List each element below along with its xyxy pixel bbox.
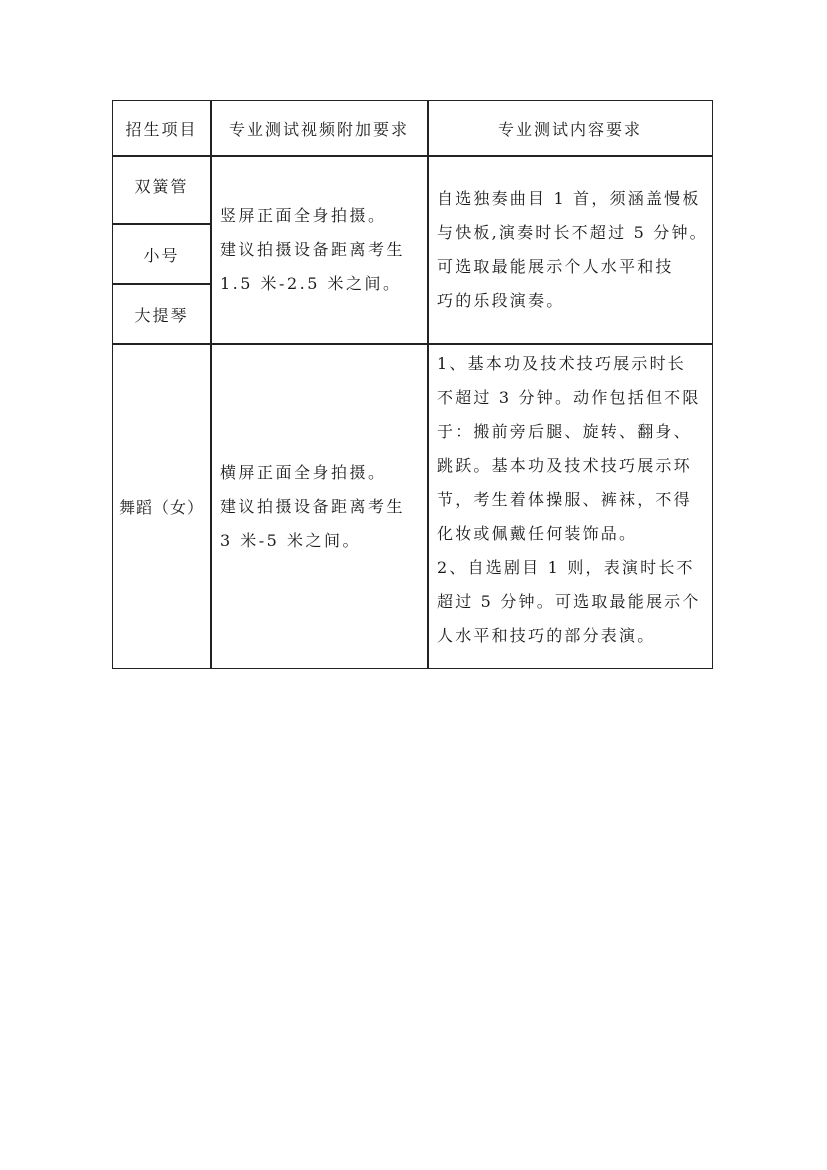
program-oboe: 双簧管: [113, 156, 210, 214]
text-line: 2、自选剧目 1 则，表演时长不: [437, 551, 701, 585]
program-cello: 大提琴: [113, 285, 210, 343]
header-content-requirements: 专业测试内容要求: [428, 101, 712, 155]
header-program: 招生项目: [113, 101, 210, 155]
program-oboe-label: 双簧管: [134, 174, 188, 197]
header-video-requirements: 专业测试视频附加要求: [211, 101, 427, 155]
text-line: 建议拍摄设备距离考生: [220, 490, 405, 524]
text-line: 不超过 3 分钟。动作包括但不限: [437, 381, 701, 415]
program-dance-label: 舞蹈（女）: [119, 495, 204, 518]
header-content-label: 专业测试内容要求: [498, 117, 642, 140]
text-line: 节，考生着体操服、裤袜，不得: [437, 483, 701, 517]
text-line: 1、基本功及技术技巧展示时长: [437, 347, 701, 381]
text-line: 于：搬前旁后腿、旋转、翻身、: [437, 415, 701, 449]
program-cello-label: 大提琴: [134, 303, 188, 326]
text-line: 超过 5 分钟。可选取最能展示个: [437, 585, 701, 619]
program-trumpet-label: 小号: [143, 243, 179, 266]
text-line: 自选独奏曲目 1 首，须涵盖慢板: [437, 182, 708, 216]
text-line: 1.5 米-2.5 米之间。: [220, 267, 405, 301]
content-requirement-instruments: 自选独奏曲目 1 首，须涵盖慢板 与快板,演奏时长不超过 5 分钟。 可选取最能…: [429, 157, 712, 343]
content-requirement-dance: 1、基本功及技术技巧展示时长 不超过 3 分钟。动作包括但不限 于：搬前旁后腿、…: [429, 345, 712, 668]
text-line: 可选取最能展示个人水平和技: [437, 250, 708, 284]
requirements-table: 招生项目 专业测试视频附加要求 专业测试内容要求 双簧管 小号 大提琴 竖屏正面…: [112, 100, 713, 669]
video-requirement-instruments: 竖屏正面全身拍摄。 建议拍摄设备距离考生 1.5 米-2.5 米之间。: [212, 157, 427, 343]
text-line: 3 米-5 米之间。: [220, 524, 405, 558]
program-dance-female: 舞蹈（女）: [113, 345, 210, 668]
header-video-label: 专业测试视频附加要求: [229, 117, 409, 140]
text-line: 巧的乐段演奏。: [437, 284, 708, 318]
document-page: 招生项目 专业测试视频附加要求 专业测试内容要求 双簧管 小号 大提琴 竖屏正面…: [0, 0, 827, 1170]
text-line: 跳跃。基本功及技术技巧展示环: [437, 449, 701, 483]
text-line: 竖屏正面全身拍摄。: [220, 199, 405, 233]
text-line: 人水平和技巧的部分表演。: [437, 619, 701, 653]
video-requirement-dance: 横屏正面全身拍摄。 建议拍摄设备距离考生 3 米-5 米之间。: [212, 345, 427, 668]
header-program-label: 招生项目: [125, 117, 197, 140]
text-line: 与快板,演奏时长不超过 5 分钟。: [437, 216, 708, 250]
program-trumpet: 小号: [113, 225, 210, 283]
text-line: 建议拍摄设备距离考生: [220, 233, 405, 267]
text-line: 化妆或佩戴任何装饰品。: [437, 517, 701, 551]
text-line: 横屏正面全身拍摄。: [220, 456, 405, 490]
